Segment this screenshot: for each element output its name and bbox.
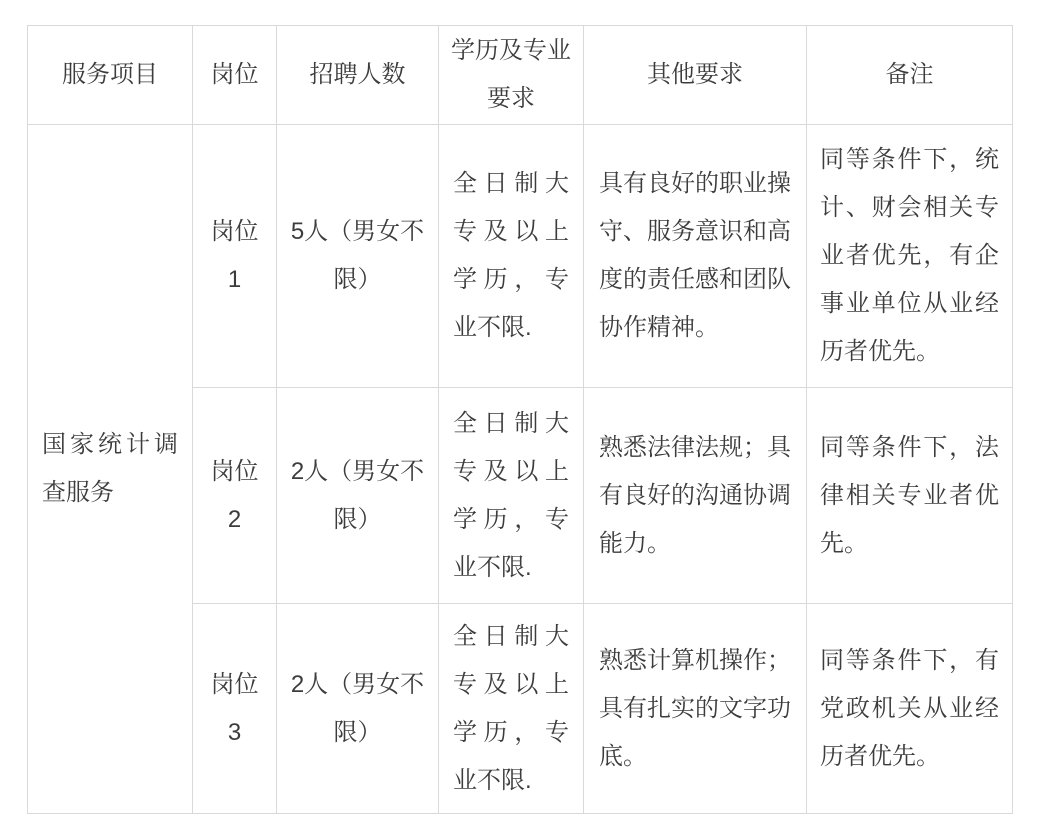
cell-position-1: 岗位1 [193, 125, 277, 388]
header-service-project: 服务项目 [28, 26, 193, 125]
table-container: 服务项目 岗位 招聘人数 学历及专业要求 其他要求 备注 国家统计调查服务 岗位… [27, 25, 1013, 814]
recruitment-table: 服务项目 岗位 招聘人数 学历及专业要求 其他要求 备注 国家统计调查服务 岗位… [27, 25, 1013, 814]
cell-remarks-3: 同等条件下，有党政机关从业经历者优先。 [807, 604, 1013, 814]
cell-service-project: 国家统计调查服务 [28, 125, 193, 814]
cell-education-1: 全日制大专及以上学历，专业不限. [439, 125, 584, 388]
header-position: 岗位 [193, 26, 277, 125]
table-row-position-1: 国家统计调查服务 岗位1 5人（男女不限） 全日制大专及以上学历，专业不限. 具… [28, 125, 1013, 388]
table-header-row: 服务项目 岗位 招聘人数 学历及专业要求 其他要求 备注 [28, 26, 1013, 125]
cell-remarks-2: 同等条件下，法律相关专业者优先。 [807, 388, 1013, 604]
header-education-requirement: 学历及专业要求 [439, 26, 584, 125]
cell-education-2: 全日制大专及以上学历，专业不限. [439, 388, 584, 604]
cell-headcount-3: 2人（男女不限） [277, 604, 439, 814]
header-headcount: 招聘人数 [277, 26, 439, 125]
cell-education-3: 全日制大专及以上学历，专业不限. [439, 604, 584, 814]
cell-headcount-2: 2人（男女不限） [277, 388, 439, 604]
cell-headcount-1: 5人（男女不限） [277, 125, 439, 388]
header-remarks: 备注 [807, 26, 1013, 125]
header-other-requirements: 其他要求 [584, 26, 807, 125]
cell-position-3: 岗位3 [193, 604, 277, 814]
page: 服务项目 岗位 招聘人数 学历及专业要求 其他要求 备注 国家统计调查服务 岗位… [0, 0, 1057, 837]
cell-position-2: 岗位2 [193, 388, 277, 604]
cell-other-requirements-2: 熟悉法律法规；具有良好的沟通协调能力。 [584, 388, 807, 604]
cell-remarks-1: 同等条件下，统计、财会相关专业者优先，有企事业单位从业经历者优先。 [807, 125, 1013, 388]
cell-other-requirements-3: 熟悉计算机操作；具有扎实的文字功底。 [584, 604, 807, 814]
cell-other-requirements-1: 具有良好的职业操守、服务意识和高度的责任感和团队协作精神。 [584, 125, 807, 388]
